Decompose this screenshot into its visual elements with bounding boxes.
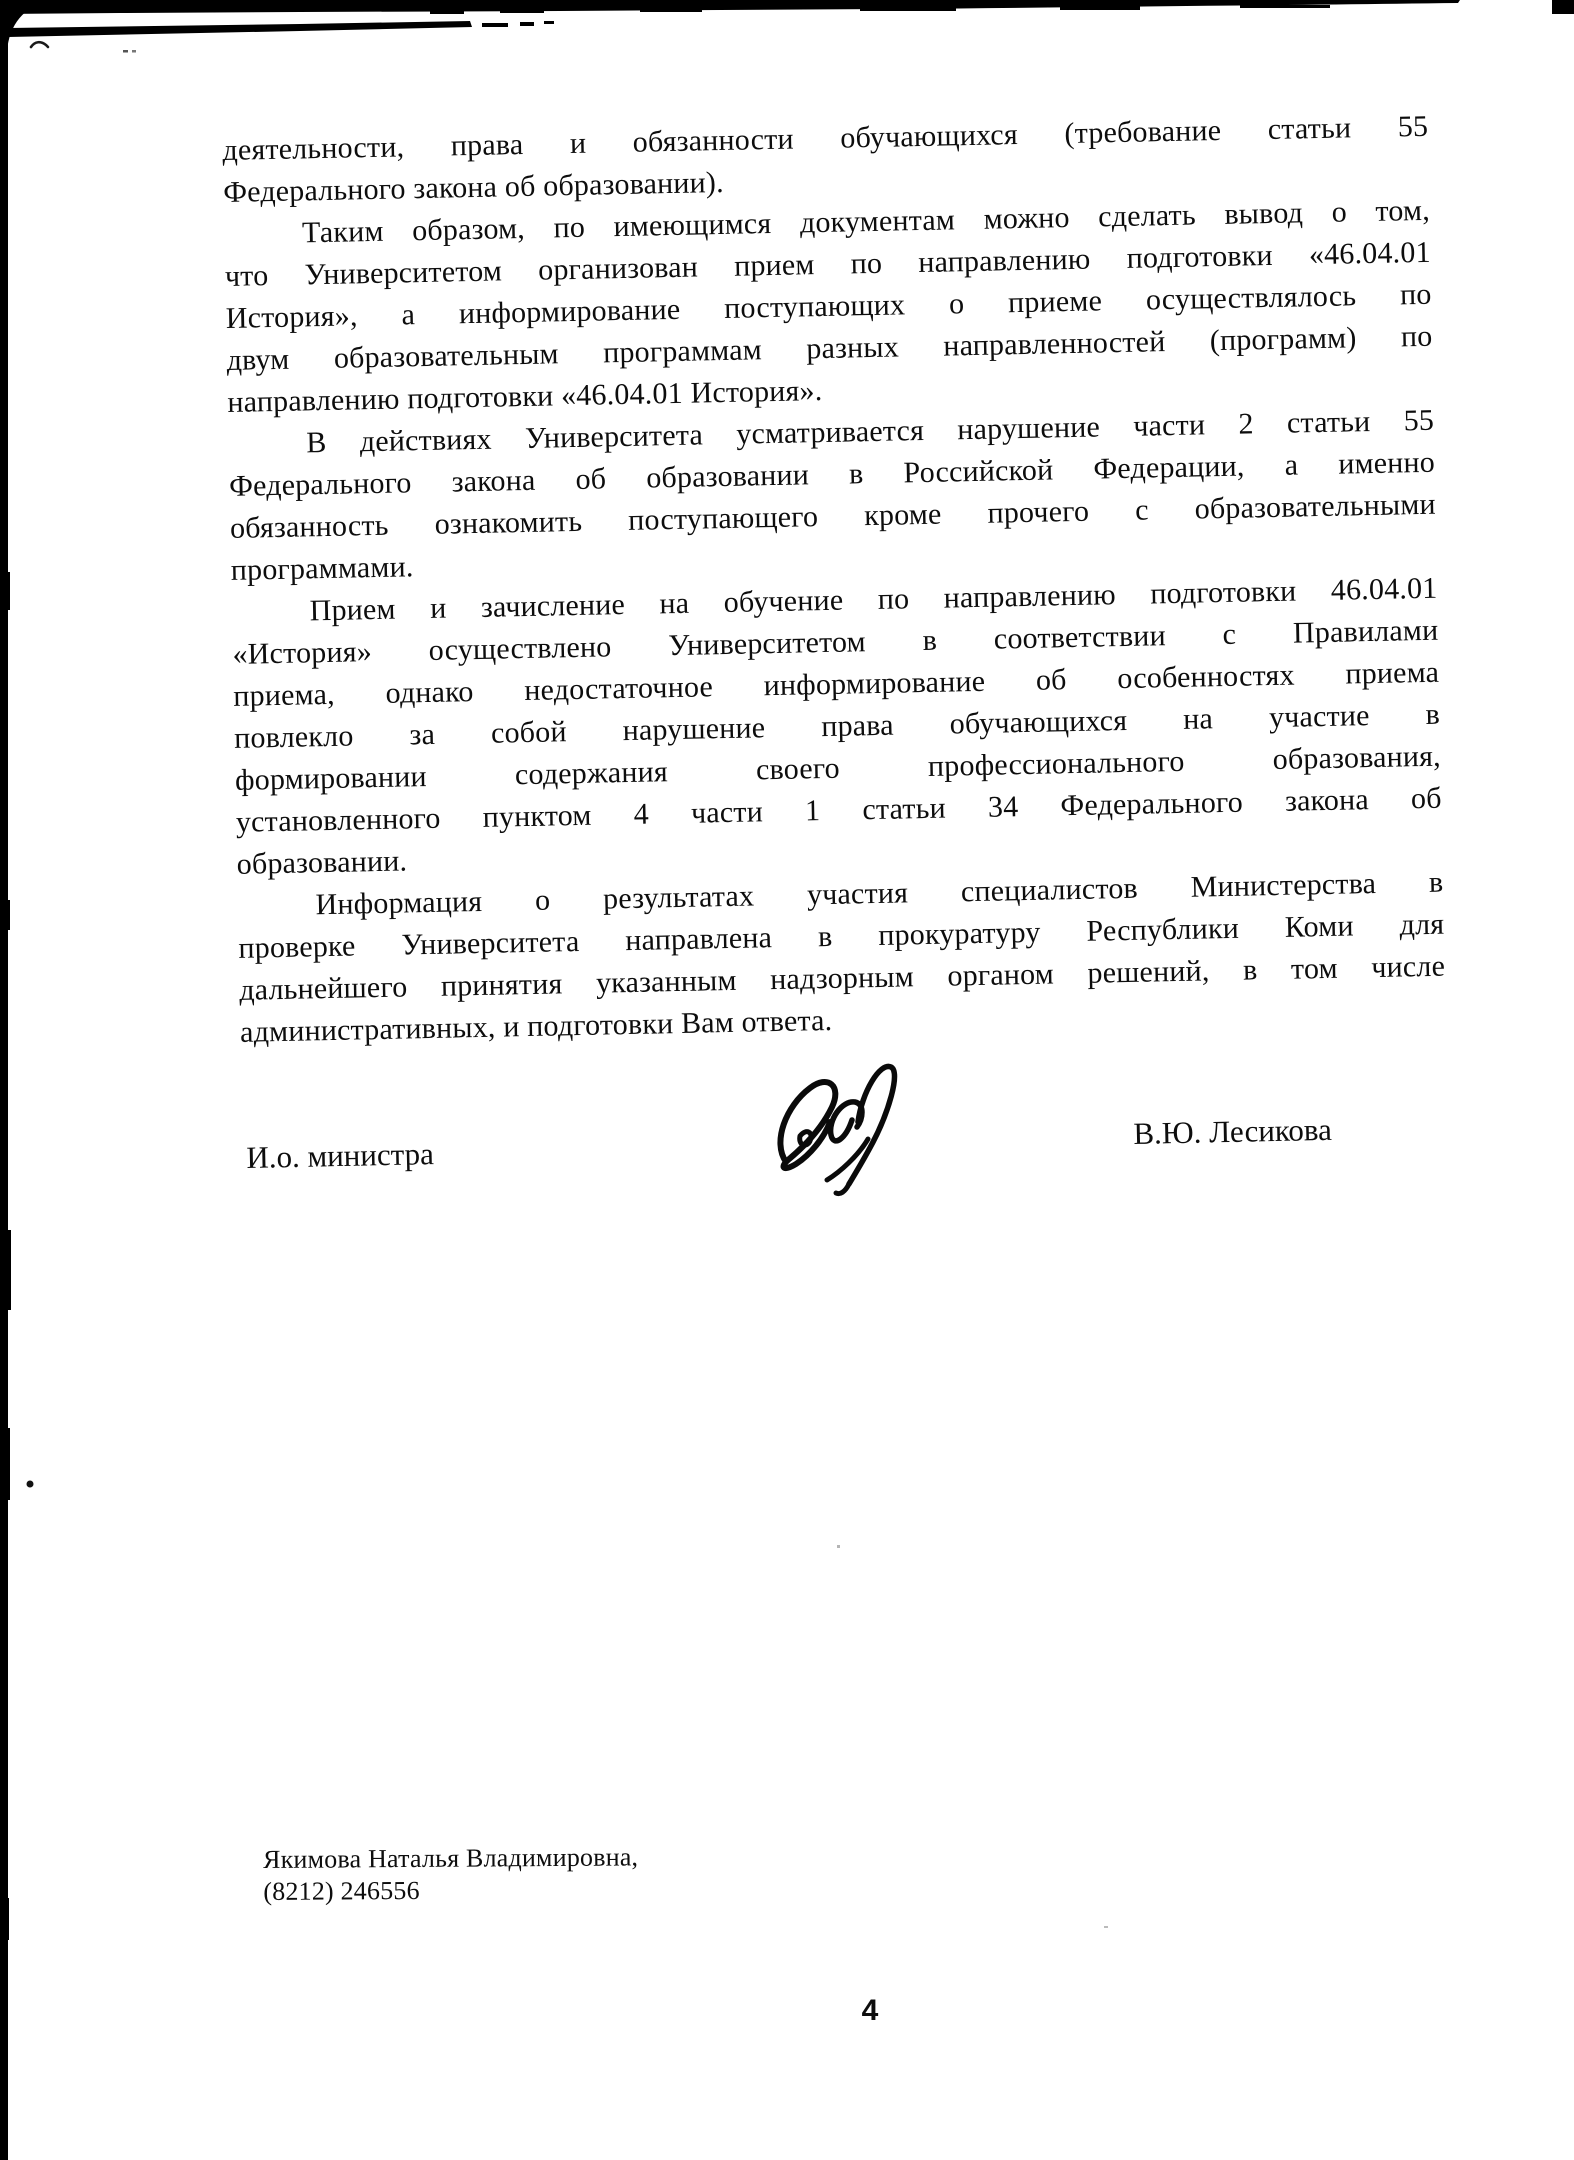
page-number: 4 xyxy=(820,1994,920,2028)
executor-phone: (8212) 246556 xyxy=(263,1873,638,1908)
signature-scribble xyxy=(770,1062,942,1214)
signatory-position-label: И.о. министра xyxy=(246,1136,434,1176)
executor-name: Якимова Наталья Владимировна, xyxy=(263,1841,638,1876)
signatory-name: В.Ю. Лесикова xyxy=(1133,1112,1332,1152)
body-text: деятельности, права и обязанности обучаю… xyxy=(222,106,1446,1054)
executor-contact: Якимова Наталья Владимировна, (8212) 246… xyxy=(263,1841,639,1908)
scanned-document-page: деятельности, права и обязанности обучаю… xyxy=(0,0,1574,2160)
